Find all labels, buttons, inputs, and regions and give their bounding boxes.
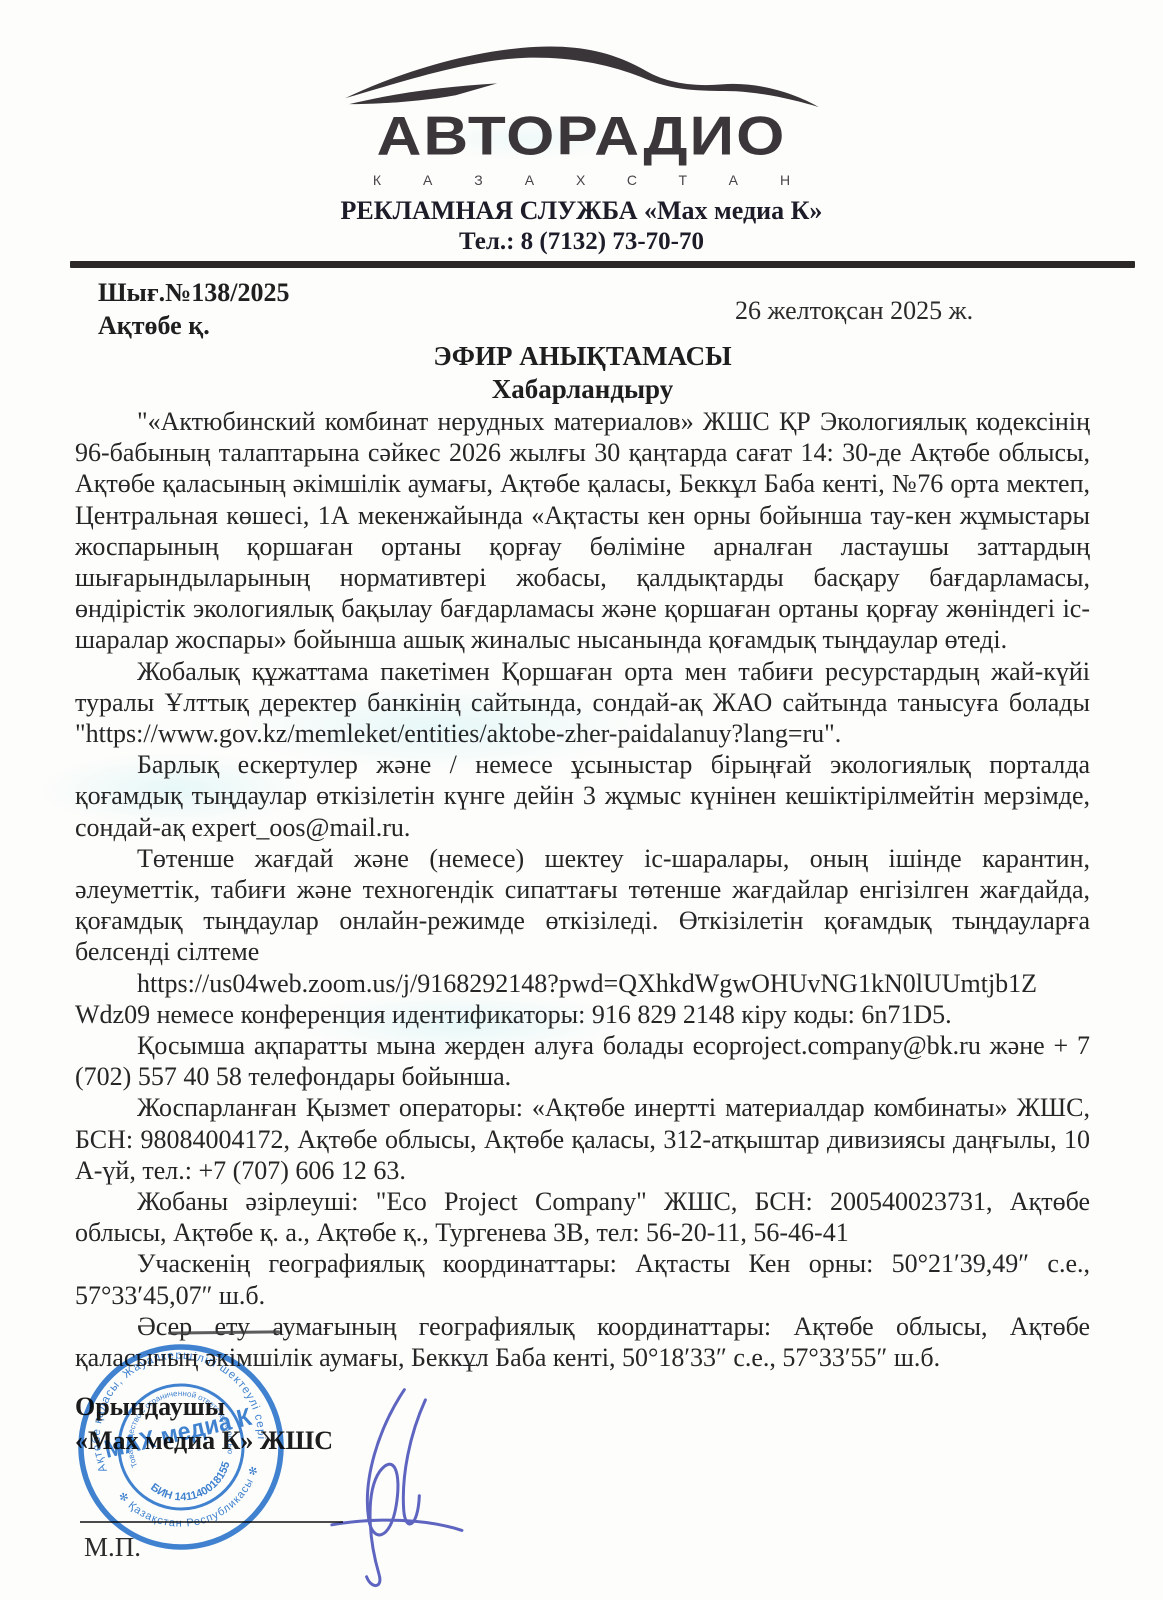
svg-text:Ақтөбе қаласы, Жауапкершілігі: Ақтөбе қаласы, Жауапкершілігі шектеулі с… bbox=[37, 1303, 270, 1487]
phone-line: Тел.: 8 (7132) 73-70-70 bbox=[0, 228, 1163, 256]
stamp-center-text: МАХ медиа К bbox=[102, 1403, 255, 1464]
letterhead: АВТОРАДИО КАЗАХСТАН РЕКЛАМНАЯ СЛУЖБА «Ма… bbox=[0, 0, 1163, 256]
scanned-letter-page: АВТОРАДИО КАЗАХСТАН РЕКЛАМНАЯ СЛУЖБА «Ма… bbox=[0, 0, 1163, 1600]
logo-country-text: КАЗАХСТАН bbox=[373, 172, 832, 188]
stamp-ring-top-text: Ақтөбе қаласы, Жауапкершілігі шектеулі с… bbox=[37, 1303, 270, 1487]
service-line: РЕКЛАМНАЯ СЛУЖБА «Мах медиа К» bbox=[0, 196, 1163, 226]
reference-block: Шығ.№138/2025 Ақтөбе қ. bbox=[98, 276, 290, 342]
paragraph: Қосымша ақпаратты мына жерден алуға бола… bbox=[75, 1030, 1090, 1092]
document-title: ЭФИР АНЫҚТАМАСЫ Хабарландыру bbox=[75, 340, 1090, 406]
paragraph: Учаскенің географиялық координаттары: Ақ… bbox=[75, 1248, 1090, 1310]
car-silhouette-icon bbox=[336, 38, 828, 112]
document-date: 26 желтоқсан 2025 ж. bbox=[735, 296, 973, 326]
paragraph: https://us04web.zoom.us/j/9168292148?pwd… bbox=[75, 968, 1090, 1030]
paragraph: Жоспарланған Қызмет операторы: «Ақтөбе и… bbox=[75, 1092, 1090, 1186]
document-body: "«Актюбинский комбинат нерудных материал… bbox=[75, 406, 1090, 1373]
city-label: Ақтөбе қ. bbox=[98, 309, 290, 342]
logo-country-line: КАЗАХСТАН bbox=[0, 172, 1163, 188]
logo-wordmark: АВТОРАДИО bbox=[377, 110, 787, 165]
outgoing-number: Шығ.№138/2025 bbox=[98, 276, 290, 309]
paragraph: Төтенше жағдай және (немесе) шектеу іс-ш… bbox=[75, 843, 1090, 968]
title-line-1: ЭФИР АНЫҚТАМАСЫ bbox=[75, 340, 1090, 373]
title-line-2: Хабарландыру bbox=[75, 373, 1090, 406]
header-divider bbox=[70, 261, 1135, 268]
paragraph: "«Актюбинский комбинат нерудных материал… bbox=[75, 406, 1090, 656]
paragraph: Жобаны әзірлеуші: "Eco Project Company" … bbox=[75, 1186, 1090, 1248]
paragraph: Барлық ескертулер және / немесе ұсыныста… bbox=[75, 749, 1090, 843]
handwritten-signature bbox=[297, 1375, 488, 1600]
paragraph: Жобалық құжаттама пакетімен Қоршаған орт… bbox=[75, 656, 1090, 750]
